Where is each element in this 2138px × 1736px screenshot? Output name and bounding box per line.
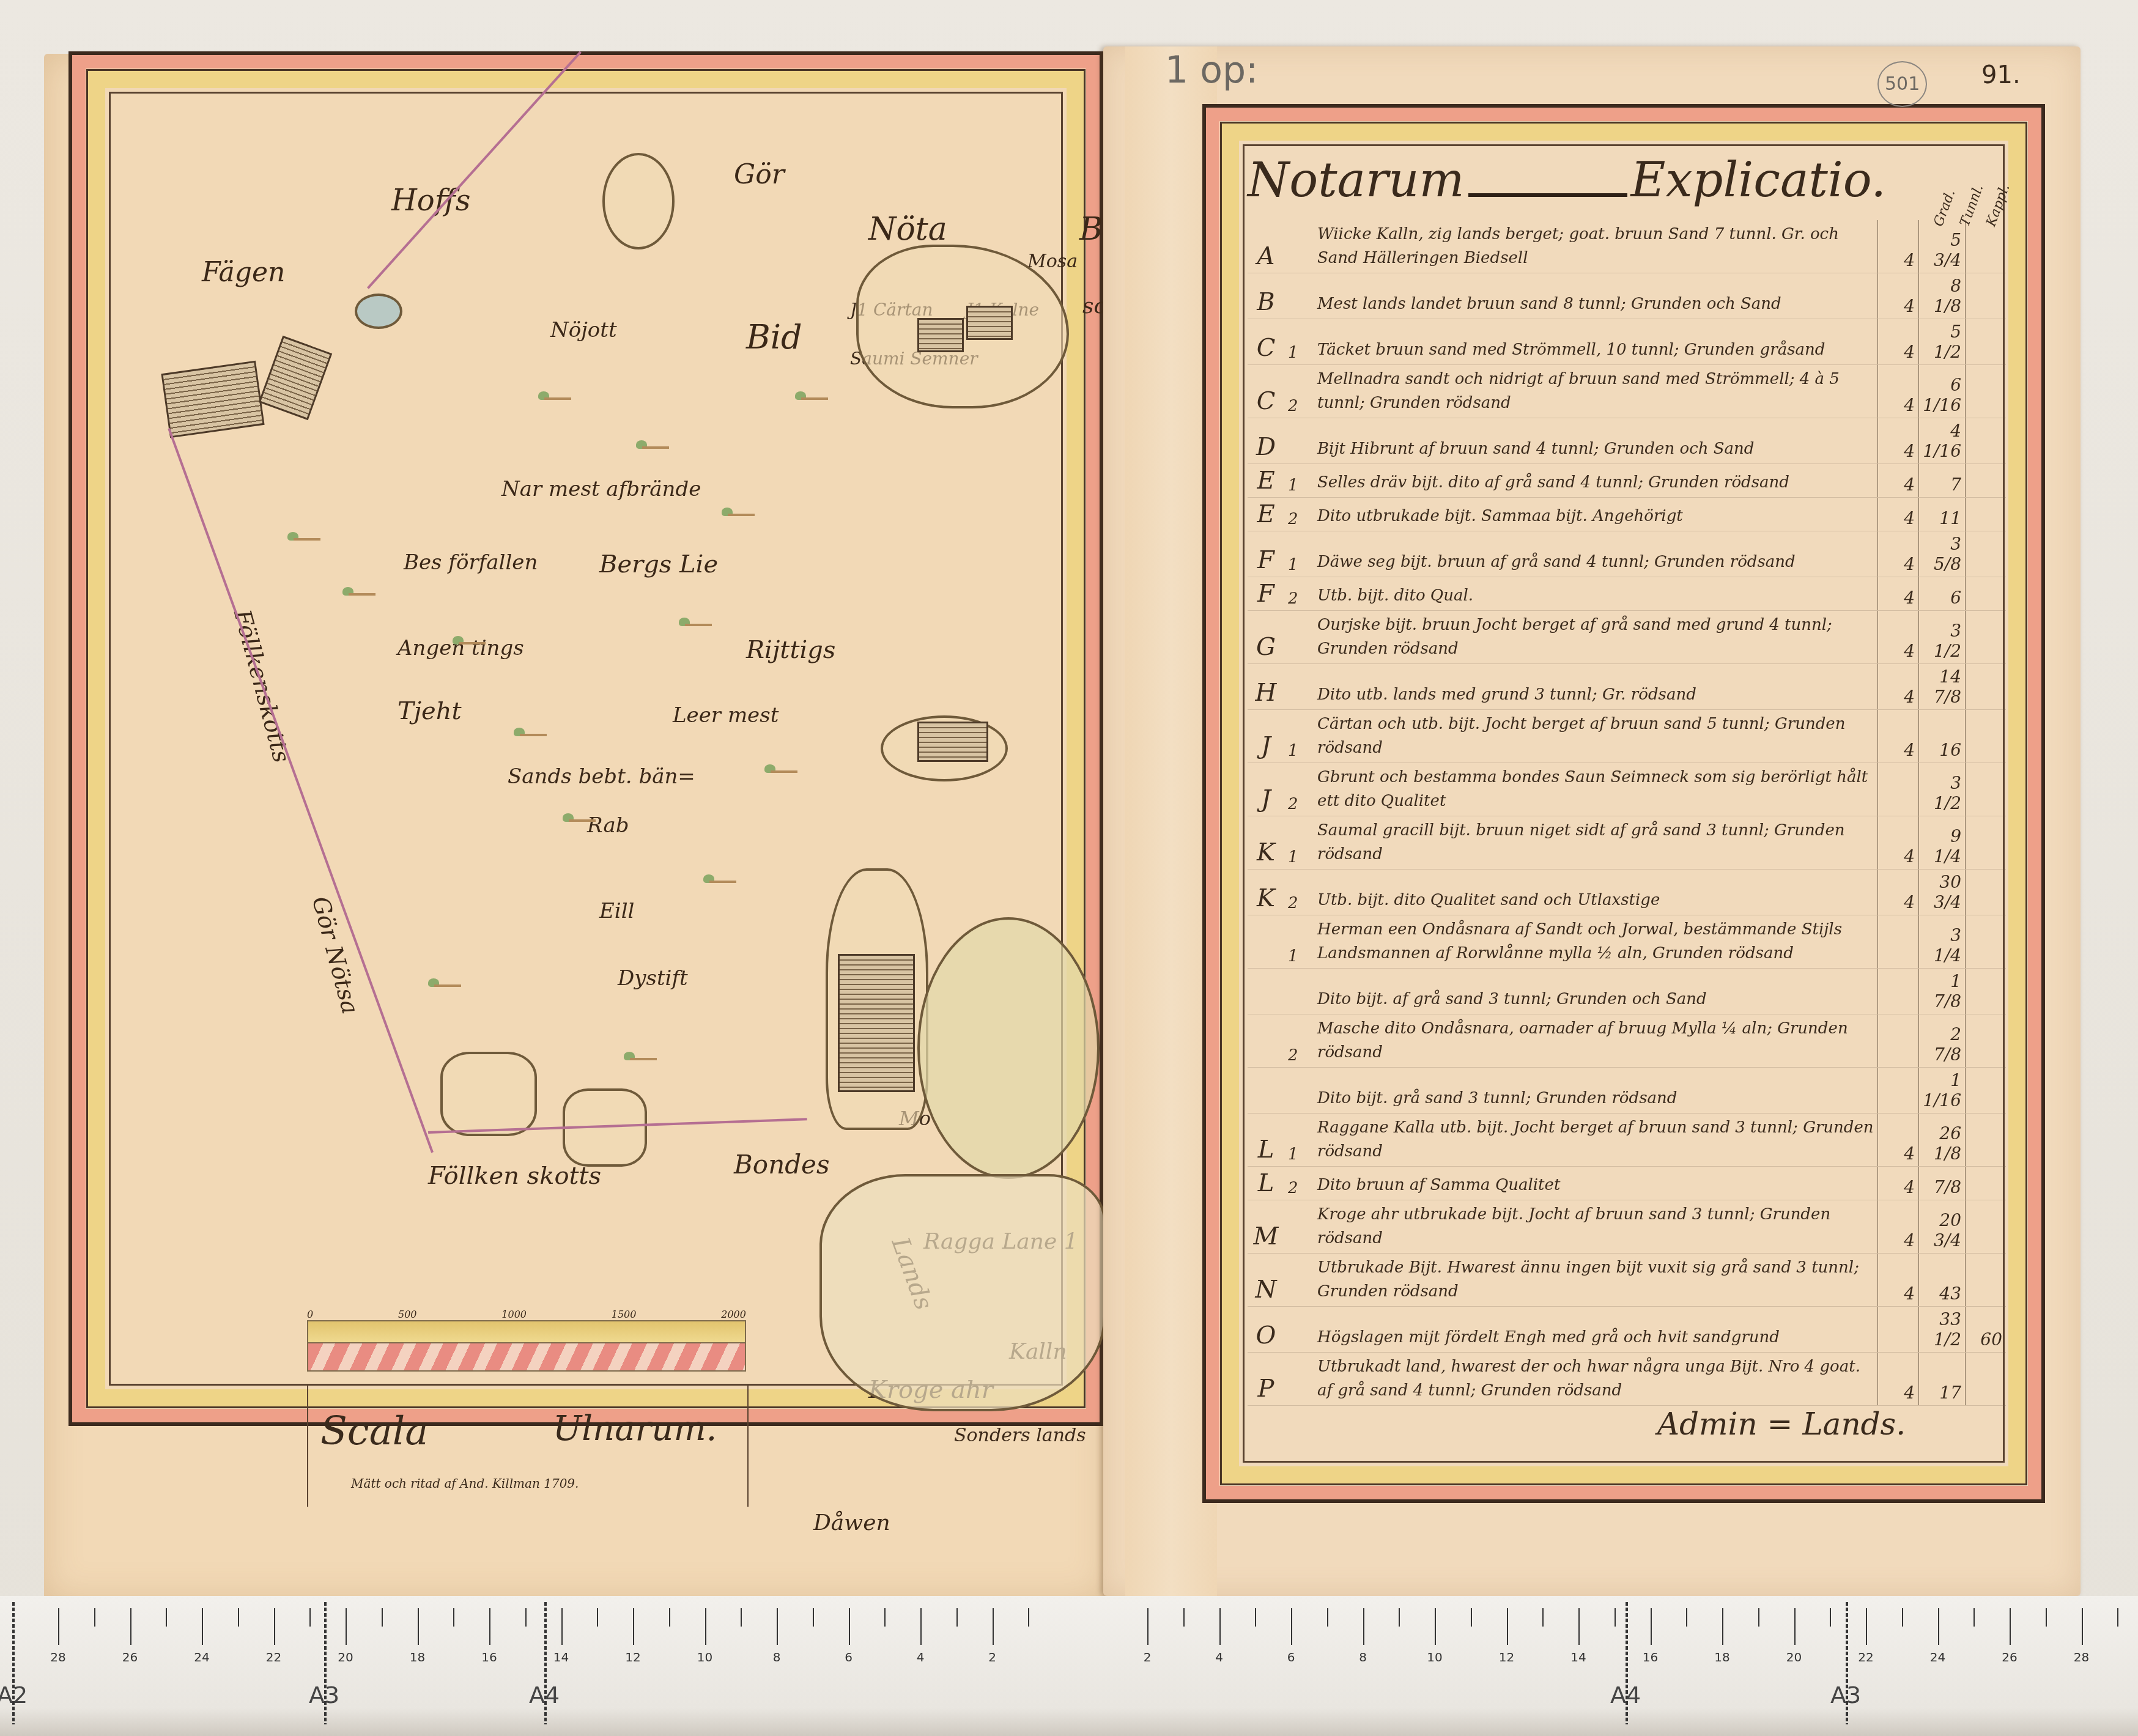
ruler-number: 14 xyxy=(553,1650,569,1664)
parcel-subnumber: 1 xyxy=(1284,816,1314,870)
parcel-description: Dito utb. lands med grund 3 tunnl; Gr. r… xyxy=(1314,664,1878,710)
ruler-tick-minor xyxy=(453,1608,454,1627)
ruler-number: 6 xyxy=(1287,1650,1295,1664)
ruler-tick-minor xyxy=(956,1608,958,1627)
grad-value: 4 xyxy=(1878,319,1919,365)
kappland-value xyxy=(1966,418,2007,464)
parcel-subnumber: 2 xyxy=(1284,577,1314,611)
parcel-letter: J xyxy=(1248,763,1284,816)
kappland-value xyxy=(1966,664,2007,710)
tunnland-value: 14 7/8 xyxy=(1919,664,1966,710)
ruler-tick-minor xyxy=(597,1608,598,1627)
parcel-subnumber: 2 xyxy=(1284,1167,1314,1200)
grad-value: 4 xyxy=(1878,710,1919,763)
place-name-label: Leer mest xyxy=(673,703,779,728)
scale-ticks: 0 500 1000 1500 2000 xyxy=(307,1309,746,1320)
scale-title: Scala xyxy=(320,1409,428,1454)
place-name-label: Föllken skotts xyxy=(428,1162,601,1190)
grad-value xyxy=(1878,763,1919,816)
grad-value: 4 xyxy=(1878,1254,1919,1307)
column-tunnl: Tunnl. xyxy=(1957,182,1986,229)
ruler-tick-minor xyxy=(1973,1608,1975,1627)
ruler-tick xyxy=(1147,1608,1149,1645)
legend-table: Notarum Explicatio. Grad. Tunnl. Kappl. … xyxy=(1248,141,2006,1406)
parcel-letter xyxy=(1248,915,1284,969)
legend-row: E1Selles dräv bijt. dito af grå sand 4 t… xyxy=(1248,464,2006,498)
legend-row: AWiicke Kalln, zig lands berget; goat. b… xyxy=(1248,220,2006,273)
ruler-tick-minor xyxy=(1542,1608,1544,1627)
ruler-tick-minor xyxy=(309,1608,311,1627)
parcel-letter: E xyxy=(1248,498,1284,531)
kappland-value xyxy=(1966,531,2007,577)
legend-row: 1Herman een Ondåsnara af Sandt och Jorwa… xyxy=(1248,915,2006,969)
grad-value xyxy=(1878,969,1919,1014)
tunnland-value: 17 xyxy=(1919,1353,1966,1406)
ruler-tick-minor xyxy=(1830,1608,1831,1627)
legend-row: HDito utb. lands med grund 3 tunnl; Gr. … xyxy=(1248,664,2006,710)
parcel-subnumber: 2 xyxy=(1284,365,1314,418)
ruler-tick-minor xyxy=(2046,1608,2047,1627)
legend-row: L2Dito bruun af Samma Qualitet47/8 xyxy=(1248,1167,2006,1200)
parcel-description: Dito bijt. grå sand 3 tunnl; Grunden röd… xyxy=(1314,1068,1878,1114)
ruler-number: 24 xyxy=(1930,1650,1945,1664)
parcel-description: Mellnadra sandt och nidrigt af bruun san… xyxy=(1314,365,1878,418)
parcel-letter: J xyxy=(1248,710,1284,763)
ruler-number: 12 xyxy=(625,1650,640,1664)
parcel-letter: C xyxy=(1248,365,1284,418)
place-name-label: Nöjott xyxy=(550,318,617,342)
paper-format-label: A4 xyxy=(1610,1682,1641,1708)
place-name-label: Dåwen xyxy=(813,1510,890,1535)
parcel-description: Dito utbrukade bijt. Sammaa bijt. Angehö… xyxy=(1314,498,1878,531)
ruler-tick-minor xyxy=(1686,1608,1687,1627)
ruler-tick xyxy=(1363,1608,1364,1645)
grad-value: 4 xyxy=(1878,1114,1919,1167)
legend-row: MKroge ahr utbrukade bijt. Jocht af bruu… xyxy=(1248,1200,2006,1254)
kappland-value xyxy=(1966,1068,2007,1114)
ruler-tick xyxy=(346,1608,347,1645)
tunnland-value: 8 1/8 xyxy=(1919,273,1966,319)
legend-row: Dito bijt. grå sand 3 tunnl; Grunden röd… xyxy=(1248,1068,2006,1114)
parcel-subnumber xyxy=(1284,611,1314,664)
kappland-value xyxy=(1966,498,2007,531)
tunnland-value: 20 3/4 xyxy=(1919,1200,1966,1254)
tunnland-value: 5 3/4 xyxy=(1919,220,1966,273)
parcel-letter: O xyxy=(1248,1307,1284,1353)
ruler-number: 12 xyxy=(1499,1650,1514,1664)
ruler-number: 4 xyxy=(917,1650,925,1664)
legend-row: E2Dito utbrukade bijt. Sammaa bijt. Ange… xyxy=(1248,498,2006,531)
tunnland-value: 6 1/16 xyxy=(1919,365,1966,418)
ruler-number: 8 xyxy=(1359,1650,1367,1664)
grad-value xyxy=(1878,915,1919,969)
ruler-number: 2 xyxy=(988,1650,996,1664)
grad-value: 4 xyxy=(1878,273,1919,319)
tunnland-value: 4 1/16 xyxy=(1919,418,1966,464)
ruler-tick-minor xyxy=(525,1608,527,1627)
parcel-subnumber: 1 xyxy=(1284,1114,1314,1167)
parcel-description: Herman een Ondåsnara af Sandt och Jorwal… xyxy=(1314,915,1878,969)
parcel-subnumber xyxy=(1284,418,1314,464)
ruler-number: 6 xyxy=(845,1650,853,1664)
legend-row: J2Gbrunt och bestamma bondes Saun Seimne… xyxy=(1248,763,2006,816)
grad-value: 4 xyxy=(1878,1353,1919,1406)
paper-format-label: A3 xyxy=(1830,1682,1861,1708)
kappland-value xyxy=(1966,611,2007,664)
grad-value: 4 xyxy=(1878,365,1919,418)
ruler-number: 16 xyxy=(481,1650,497,1664)
ruler-tick-minor xyxy=(1615,1608,1616,1627)
surveyor-note: Mätt och ritad af And. Killman 1709. xyxy=(351,1476,579,1491)
parcel-subnumber: 2 xyxy=(1284,870,1314,915)
kappland-value xyxy=(1966,870,2007,915)
place-name-label: Gör xyxy=(734,159,785,190)
ruler-tick-minor xyxy=(1183,1608,1185,1627)
tunnland-value: 43 xyxy=(1919,1254,1966,1307)
ruler-number: 24 xyxy=(194,1650,209,1664)
grad-value: 4 xyxy=(1878,577,1919,611)
grad-value: 4 xyxy=(1878,220,1919,273)
pencil-mark-top-left: 1 op: xyxy=(1165,49,1258,92)
ruler-tick xyxy=(130,1608,131,1645)
tunnland-value: 3 1/2 xyxy=(1919,763,1966,816)
parcel-description: Utb. bijt. dito Qualitet sand och Utlaxs… xyxy=(1314,870,1878,915)
kappland-value: 60 xyxy=(1966,1307,2007,1353)
kappland-value xyxy=(1966,710,2007,763)
ruler-tick xyxy=(633,1608,634,1645)
ruler-number: 22 xyxy=(1858,1650,1873,1664)
legend-row: OHögslagen mijt fördelt Engh med grå och… xyxy=(1248,1307,2006,1353)
parcel-description: Gbrunt och bestamma bondes Saun Seimneck… xyxy=(1314,763,1878,816)
place-name-label: Eill xyxy=(599,899,634,923)
parcel-description: Dito bijt. af grå sand 3 tunnl; Grunden … xyxy=(1314,969,1878,1014)
parcel-letter: F xyxy=(1248,577,1284,611)
legend-row: GOurjske bijt. bruun Jocht berget af grå… xyxy=(1248,611,2006,664)
kappland-value xyxy=(1966,1353,2007,1406)
tunnland-value: 9 1/4 xyxy=(1919,816,1966,870)
ruler-tick-minor xyxy=(669,1608,670,1627)
place-name-label: Bergs Lie xyxy=(599,550,718,578)
legend-row: BMest lands landet bruun sand 8 tunnl; G… xyxy=(1248,273,2006,319)
grad-value: 4 xyxy=(1878,418,1919,464)
ruler-number: 28 xyxy=(2074,1650,2089,1664)
scale-unit: Ulnarum. xyxy=(553,1409,717,1449)
kappland-value xyxy=(1966,365,2007,418)
legend-title: Notarum Explicatio. xyxy=(1248,141,2006,208)
parcel-subnumber: 1 xyxy=(1284,915,1314,969)
parcel-description: Utbrukade Bijt. Hwarest ännu ingen bijt … xyxy=(1314,1254,1878,1307)
ruler-tick-minor xyxy=(1255,1608,1256,1627)
paper-format-label: A4 xyxy=(529,1682,560,1708)
ruler-tick xyxy=(274,1608,275,1645)
place-name-label: Sonders lands xyxy=(954,1425,1086,1446)
legend-row: 2Masche dito Ondåsnara, oarnader af bruu… xyxy=(1248,1014,2006,1068)
legend-row: F1Däwe seg bijt. bruun af grå sand 4 tun… xyxy=(1248,531,2006,577)
ruler-tick xyxy=(1651,1608,1652,1645)
legend-row: J1Cärtan och utb. bijt. Jocht berget af … xyxy=(1248,710,2006,763)
parcel-description: Selles dräv bijt. dito af grå sand 4 tun… xyxy=(1314,464,1878,498)
place-name-label: Fägen xyxy=(202,257,285,288)
ruler-tick-minor xyxy=(166,1608,167,1627)
place-name-label: Rab xyxy=(587,813,629,838)
kappland-value xyxy=(1966,1254,2007,1307)
ruler-tick-minor xyxy=(1028,1608,1029,1627)
parcel-letter: M xyxy=(1248,1200,1284,1254)
parcel-description: Wiicke Kalln, zig lands berget; goat. br… xyxy=(1314,220,1878,273)
tunnland-value: 5 1/2 xyxy=(1919,319,1966,365)
ruler-tick xyxy=(1866,1608,1867,1645)
tunnland-value: 16 xyxy=(1919,710,1966,763)
ruler-tick xyxy=(58,1608,59,1645)
ruler-tick xyxy=(705,1608,706,1645)
parcel-subnumber: 2 xyxy=(1284,763,1314,816)
tunnland-value: 2 7/8 xyxy=(1919,1014,1966,1068)
parcel-letter: N xyxy=(1248,1254,1284,1307)
ruler-tick-minor xyxy=(1399,1608,1400,1627)
ruler-tick xyxy=(1291,1608,1292,1645)
ruler-number: 10 xyxy=(697,1650,712,1664)
parcel-description: Cärtan och utb. bijt. Jocht berget af br… xyxy=(1314,710,1878,763)
ruler-tick xyxy=(561,1608,563,1645)
ruler-tick xyxy=(2010,1608,2011,1645)
kappland-value xyxy=(1966,273,2007,319)
ruler-tick-minor xyxy=(884,1608,886,1627)
ruler-tick-minor xyxy=(1902,1608,1903,1627)
legend-row: DBijt Hibrunt af bruun sand 4 tunnl; Gru… xyxy=(1248,418,2006,464)
parcel-description: Högslagen mijt fördelt Engh med grå och … xyxy=(1314,1307,1878,1353)
parcel-subnumber xyxy=(1284,1254,1314,1307)
parcel-letter: G xyxy=(1248,611,1284,664)
ruler-number: 14 xyxy=(1570,1650,1586,1664)
parcel-description: Utbrukadt land, hwarest der och hwar någ… xyxy=(1314,1353,1878,1406)
tunnland-value: 11 xyxy=(1919,498,1966,531)
page-number: 91. xyxy=(1981,61,2021,89)
legend-row: C1Täcket bruun sand med Strömmell, 10 tu… xyxy=(1248,319,2006,365)
parcel-description: Dito bruun af Samma Qualitet xyxy=(1314,1167,1878,1200)
parcel-subnumber xyxy=(1284,273,1314,319)
parcel-description: Masche dito Ondåsnara, oarnader af bruug… xyxy=(1314,1014,1878,1068)
ruler-tick xyxy=(920,1608,922,1645)
place-name-label: Nöta xyxy=(868,211,947,248)
tunnland-value: 33 1/2 xyxy=(1919,1307,1966,1353)
kappland-value xyxy=(1966,915,2007,969)
grad-value: 4 xyxy=(1878,870,1919,915)
parcel-description: Bijt Hibrunt af bruun sand 4 tunnl; Grun… xyxy=(1314,418,1878,464)
ruler-number: 20 xyxy=(1786,1650,1802,1664)
ruler-tick-minor xyxy=(382,1608,383,1627)
kappland-value xyxy=(1966,763,2007,816)
ruler-tick-minor xyxy=(238,1608,239,1627)
tunnland-value: 7 xyxy=(1919,464,1966,498)
kappland-value xyxy=(1966,1167,2007,1200)
tunnland-value: 30 3/4 xyxy=(1919,870,1966,915)
parcel-letter: K xyxy=(1248,870,1284,915)
place-name-label: Bes förfallen xyxy=(404,550,538,575)
ruler-number: 16 xyxy=(1643,1650,1658,1664)
legend-row: PUtbrukadt land, hwarest der och hwar nå… xyxy=(1248,1353,2006,1406)
ruler-tick xyxy=(777,1608,778,1645)
parcel-letter: E xyxy=(1248,464,1284,498)
parcel-letter: F xyxy=(1248,531,1284,577)
ruler-tick-minor xyxy=(1471,1608,1472,1627)
ruler-tick-minor xyxy=(94,1608,95,1627)
scale-cartouche: Scala Ulnarum. Mätt och ritad af And. Ki… xyxy=(307,1384,749,1507)
ruler-number: 2 xyxy=(1144,1650,1152,1664)
grad-value: 4 xyxy=(1878,611,1919,664)
grad-value: 4 xyxy=(1878,1167,1919,1200)
tunnland-value: 3 5/8 xyxy=(1919,531,1966,577)
kappland-value xyxy=(1966,816,2007,870)
grad-value: 4 xyxy=(1878,664,1919,710)
parcel-subnumber: 2 xyxy=(1284,1014,1314,1068)
legend-row: K2Utb. bijt. dito Qualitet sand och Utla… xyxy=(1248,870,2006,915)
tunnland-value: 1 1/16 xyxy=(1919,1068,1966,1114)
parcel-subnumber xyxy=(1284,969,1314,1014)
parcel-letter: L xyxy=(1248,1167,1284,1200)
parcel-letter xyxy=(1248,969,1284,1014)
parcel-letter: P xyxy=(1248,1353,1284,1406)
parcel-letter: K xyxy=(1248,816,1284,870)
tunnland-value: 1 7/8 xyxy=(1919,969,1966,1014)
parcel-letter: H xyxy=(1248,664,1284,710)
parcel-description: Ourjske bijt. bruun Jocht berget af grå … xyxy=(1314,611,1878,664)
ruler-tick xyxy=(1507,1608,1508,1645)
kappland-value xyxy=(1966,1014,2007,1068)
tunnland-value: 6 xyxy=(1919,577,1966,611)
parcel-letter xyxy=(1248,1014,1284,1068)
legend-row: C2Mellnadra sandt och nidrigt af bruun s… xyxy=(1248,365,2006,418)
parcel-subnumber xyxy=(1284,664,1314,710)
place-name-label: Bondes xyxy=(734,1150,830,1180)
legend-row: L1Raggane Kalla utb. bijt. Jocht berget … xyxy=(1248,1114,2006,1167)
place-name-label: Nar mest afbrände xyxy=(501,477,701,501)
grad-value xyxy=(1878,1307,1919,1353)
legend-rows: AWiicke Kalln, zig lands berget; goat. b… xyxy=(1248,220,2006,1406)
ruler-number: 10 xyxy=(1427,1650,1442,1664)
tunnland-value: 3 1/2 xyxy=(1919,611,1966,664)
ruler-tick-minor xyxy=(741,1608,742,1627)
parcel-subnumber xyxy=(1284,220,1314,273)
ruler-tick xyxy=(1794,1608,1796,1645)
legend-row: Dito bijt. af grå sand 3 tunnl; Grunden … xyxy=(1248,969,2006,1014)
parcel-description: Mest lands landet bruun sand 8 tunnl; Gr… xyxy=(1314,273,1878,319)
parcel-letter: D xyxy=(1248,418,1284,464)
ruler-tick xyxy=(202,1608,203,1645)
tunnland-value: 26 1/8 xyxy=(1919,1114,1966,1167)
parcel-letter xyxy=(1248,1068,1284,1114)
ruler-tick-minor xyxy=(1758,1608,1759,1627)
parcel-subnumber: 1 xyxy=(1284,710,1314,763)
ruler-tick xyxy=(418,1608,419,1645)
ruler-number: 8 xyxy=(773,1650,781,1664)
place-name-label: Sands bebt. bän= xyxy=(508,764,695,789)
ruler-number: 18 xyxy=(1714,1650,1729,1664)
place-name-label: Tjeht xyxy=(398,697,462,725)
place-name-label: Rijttigs xyxy=(746,636,835,664)
ruler-number: 18 xyxy=(410,1650,425,1664)
ruler-number: 26 xyxy=(122,1650,138,1664)
ruler-tick xyxy=(489,1608,490,1645)
parcel-description: Täcket bruun sand med Strömmell, 10 tunn… xyxy=(1314,319,1878,365)
ruler-tick-minor xyxy=(813,1608,814,1627)
legend-row: K1Saumal gracill bijt. bruun niget sidt … xyxy=(1248,816,2006,870)
grad-value: 4 xyxy=(1878,464,1919,498)
parcel-letter: L xyxy=(1248,1114,1284,1167)
kappland-value xyxy=(1966,1200,2007,1254)
grad-value: 4 xyxy=(1878,531,1919,577)
parcel-subnumber xyxy=(1284,1068,1314,1114)
grad-value: 4 xyxy=(1878,816,1919,870)
parcel-subnumber xyxy=(1284,1307,1314,1353)
parcel-letter: A xyxy=(1248,220,1284,273)
kappland-value xyxy=(1966,319,2007,365)
grad-value xyxy=(1878,1068,1919,1114)
grad-value: 4 xyxy=(1878,498,1919,531)
grad-value: 4 xyxy=(1878,1200,1919,1254)
kappland-value xyxy=(1966,1114,2007,1167)
ruler-number: 4 xyxy=(1215,1650,1223,1664)
parcel-description: Kroge ahr utbrukade bijt. Jocht af bruun… xyxy=(1314,1200,1878,1254)
kappland-value xyxy=(1966,464,2007,498)
kappland-value xyxy=(1966,969,2007,1014)
ruler-tick-minor xyxy=(1327,1608,1328,1627)
ruler-tick xyxy=(1578,1608,1580,1645)
parcel-letter: C xyxy=(1248,319,1284,365)
place-name-label: Dystift xyxy=(618,966,688,991)
tunnland-value: 3 1/4 xyxy=(1919,915,1966,969)
place-name-label: Bid xyxy=(746,318,802,356)
signature: Admin = Lands. xyxy=(1657,1406,1906,1442)
pencil-mark-circled: 501 xyxy=(1877,61,1927,107)
ruler-tick xyxy=(1435,1608,1436,1645)
legend-row: NUtbrukade Bijt. Hwarest ännu ingen bijt… xyxy=(1248,1254,2006,1307)
place-name-label: Mosa xyxy=(1027,251,1078,272)
legend-row: F2Utb. bijt. dito Qual.46 xyxy=(1248,577,2006,611)
tunnland-value: 7/8 xyxy=(1919,1167,1966,1200)
parcel-subnumber xyxy=(1284,1353,1314,1406)
parcel-description: Raggane Kalla utb. bijt. Jocht berget af… xyxy=(1314,1114,1878,1167)
ruler-tick xyxy=(1219,1608,1221,1645)
parcel-subnumber: 2 xyxy=(1284,498,1314,531)
paper-format-label: A2 xyxy=(0,1682,28,1708)
parcel-letter: B xyxy=(1248,273,1284,319)
ruler-tick xyxy=(849,1608,850,1645)
ruler-tick xyxy=(1938,1608,1939,1645)
parcel-description: Däwe seg bijt. bruun af grå sand 4 tunnl… xyxy=(1314,531,1878,577)
parcel-subnumber xyxy=(1284,1200,1314,1254)
ruler-tick xyxy=(2082,1608,2083,1645)
parcel-description: Saumal gracill bijt. bruun niget sidt af… xyxy=(1314,816,1878,870)
measuring-ruler: 2826242220181614121086422468101214161820… xyxy=(0,1596,2138,1736)
column-headers: Grad. Tunnl. Kappl. xyxy=(1938,183,2006,227)
parcel-subnumber: 1 xyxy=(1284,464,1314,498)
ruler-tick-minor xyxy=(2117,1608,2118,1627)
ruler-number: 20 xyxy=(338,1650,353,1664)
ruler-number: 28 xyxy=(50,1650,65,1664)
parcel-subnumber: 1 xyxy=(1284,319,1314,365)
parcel-subnumber: 1 xyxy=(1284,531,1314,577)
grad-value xyxy=(1878,1014,1919,1068)
ruler-tick xyxy=(993,1608,994,1645)
ruler-number: 22 xyxy=(266,1650,281,1664)
ruler-number: 26 xyxy=(2002,1650,2017,1664)
kappland-value xyxy=(1966,577,2007,611)
parcel-description: Utb. bijt. dito Qual. xyxy=(1314,577,1878,611)
ruler-tick xyxy=(1722,1608,1723,1645)
paper-format-label: A3 xyxy=(309,1682,339,1708)
